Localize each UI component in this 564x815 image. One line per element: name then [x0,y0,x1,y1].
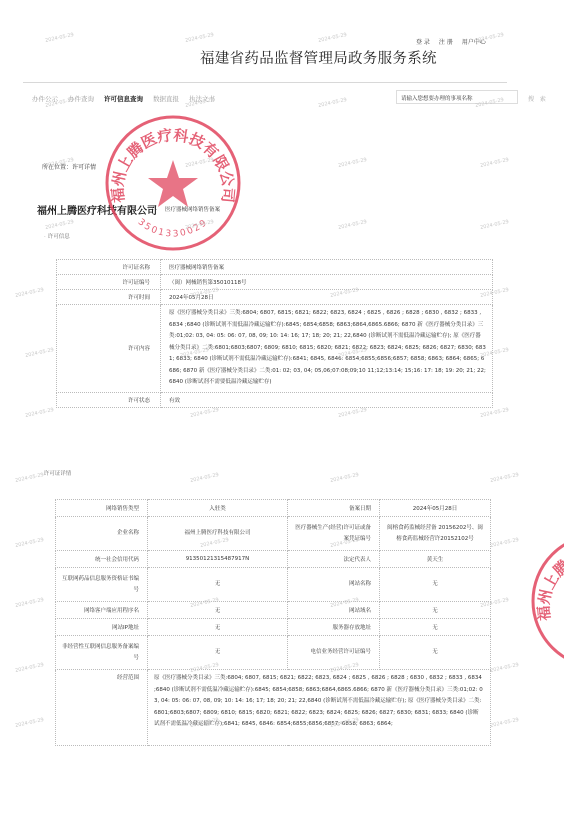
date-watermark: 2024-05-29 [15,597,45,609]
row-value: 福州上腾医疗科技有限公司 [148,517,288,551]
row-value: 无 [148,619,288,636]
row-value: 无 [380,568,491,602]
row-value: 医疗器械网络销售备案 [161,260,493,275]
date-watermark: 2024-05-29 [15,537,45,549]
site-title: 福建省药品监督管理局政务服务系统 [200,47,437,68]
breadcrumb: 所在位置：许可详情 [42,162,96,171]
nav-item-public-notice[interactable]: 办件公示 [32,94,58,103]
table-row: 许可证编号 （闽）网械销售第35010118号 [57,275,493,290]
table-row: 网络销售类型 入驻类 备案日期 2024年05月28日 [56,500,491,517]
star-icon [148,160,198,207]
table-row: 企业名称 福州上腾医疗科技有限公司 医疗器械生产(经营)许可证或备案凭证编号 闽… [56,517,491,551]
date-watermark: 2024-05-29 [318,32,348,44]
row-label: 法定代表人 [288,551,380,568]
row-label: 统一社会信用代码 [56,551,148,568]
table-row: 网络客户端应用程序名 无 网站域名 无 [56,602,491,619]
date-watermark: 2024-05-29 [45,32,75,44]
row-label: 备案日期 [288,500,380,517]
row-label: 经营范围 [56,670,148,746]
date-watermark: 2024-05-29 [338,219,368,231]
date-watermark: 2024-05-29 [490,472,520,484]
row-label: 网络销售类型 [56,500,148,517]
row-label: 许可证编号 [57,275,161,290]
row-value: （闽）网械销售第35010118号 [161,275,493,290]
svg-text:福州上腾医疗科技有限公司: 福州上腾医疗科技有限公司 [535,544,564,623]
table-row: 互联网药品信息服务资格证书编号 无 网站名称 无 [56,568,491,602]
date-watermark: 2024-05-29 [330,472,360,484]
row-value: 无 [148,636,288,670]
table-row: 许可状态 有效 [57,392,493,407]
row-value: 原《医疗器械分类目录》三类:6804; 6807, 6815; 6821; 68… [161,305,493,393]
table-row: 许可证名称 医疗器械网络销售备案 [57,260,493,275]
company-seal-stamp-partial: 福州上腾医疗科技有限公司 3501330029 [528,530,564,672]
user-center-link[interactable]: 用户中心 [462,37,486,46]
row-value: 无 [148,568,288,602]
row-value: 黄天生 [380,551,491,568]
date-watermark: 2024-05-29 [338,407,368,419]
date-watermark: 2024-05-29 [15,717,45,729]
row-label: 电信业务经营许可证编号 [288,636,380,670]
table-row: 经营范围 原《医疗器械分类目录》三类:6804; 6807, 6815; 682… [56,670,491,746]
nav-item-data-report[interactable]: 数据直报 [153,94,179,103]
date-watermark: 2024-05-29 [338,157,368,169]
row-label: 服务器存放地址 [288,619,380,636]
date-watermark: 2024-05-29 [490,537,520,549]
top-links: 登 录 注 册 用户中心 [416,37,486,46]
row-value: 无 [148,602,288,619]
row-label: 医疗器械生产(经营)许可证或备案凭证编号 [288,517,380,551]
row-label: 网站名称 [288,568,380,602]
main-nav: 办件公示 办件查询 许可信息查询 数据直报 执法文书 [32,94,225,103]
date-watermark: 2024-05-29 [480,157,510,169]
date-watermark: 2024-05-29 [490,717,520,729]
company-name: 福州上腾医疗科技有限公司 [37,202,157,217]
svg-text:3501330029: 3501330029 [136,217,211,239]
company-seal-stamp: 福州上腾医疗科技有限公司 3501330029 [102,112,244,254]
row-value: 有效 [161,392,493,407]
row-label: 许可时间 [57,290,161,305]
row-label: 网站域名 [288,602,380,619]
date-watermark: 2024-05-29 [185,157,215,169]
row-label: 网站IP地址 [56,619,148,636]
table-row: 网站IP地址 无 服务器存放地址 无 [56,619,491,636]
row-label: 许可内容 [57,305,161,393]
section-license-info: 许可信息 [44,232,70,240]
svg-text:福州上腾医疗科技有限公司: 福州上腾医疗科技有限公司 [109,126,238,205]
row-value: 原《医疗器械分类目录》三类:6804; 6807, 6815; 6821; 68… [148,670,491,746]
table-row: 非经营性互联网信息服务备案编号 无 电信业务经营许可证编号 无 [56,636,491,670]
separator: - [155,207,157,213]
register-link[interactable]: 注 册 [439,37,453,46]
row-label: 网络客户端应用程序名 [56,602,148,619]
row-label: 互联网药品信息服务资格证书编号 [56,568,148,602]
row-value: 闽榕食药监械经营备 20156202号、闽榕食药监械经营许20152102号 [380,517,491,551]
row-label: 非经营性互联网信息服务备案编号 [56,636,148,670]
date-watermark: 2024-05-29 [190,407,220,419]
nav-item-case-query[interactable]: 办件查询 [68,94,94,103]
row-value: 91350121315487917N [148,551,288,568]
table-row: 许可内容 原《医疗器械分类目录》三类:6804; 6807, 6815; 682… [57,305,493,393]
search-input[interactable]: 请输入您想要办理的事项名称 [396,90,518,104]
row-label: 许可状态 [57,392,161,407]
table-row: 统一社会信用代码 91350121315487917N 法定代表人 黄天生 [56,551,491,568]
date-watermark: 2024-05-29 [480,219,510,231]
nav-item-enforcement-docs[interactable]: 执法文书 [189,94,215,103]
login-link[interactable]: 登 录 [416,37,430,46]
row-label: 许可证名称 [57,260,161,275]
nav-item-license-query[interactable]: 许可信息查询 [104,94,143,103]
date-watermark: 2024-05-29 [490,662,520,674]
row-value: 无 [380,619,491,636]
header-divider [23,82,507,83]
date-watermark: 2024-05-29 [480,407,510,419]
row-value: 2024年05月28日 [380,500,491,517]
license-info-table: 许可证名称 医疗器械网络销售备案 许可证编号 （闽）网械销售第35010118号… [56,259,493,408]
row-value: 无 [380,636,491,670]
date-watermark: 2024-05-29 [15,287,45,299]
date-watermark: 2024-05-29 [45,219,75,231]
row-value: 2024年05月28日 [161,290,493,305]
section-license-detail: 许可证详情 [40,469,71,477]
date-watermark: 2024-05-29 [15,662,45,674]
date-watermark: 2024-05-29 [190,472,220,484]
table-row: 许可时间 2024年05月28日 [57,290,493,305]
license-type: 医疗器械网络销售备案 [165,207,220,213]
row-value: 无 [380,602,491,619]
company-subtitle: -医疗器械网络销售备案 [155,205,220,213]
date-watermark: 2024-05-29 [185,219,215,231]
date-watermark: 2024-05-29 [25,407,55,419]
date-watermark: 2024-05-29 [318,97,348,109]
row-label: 企业名称 [56,517,148,551]
license-detail-table: 网络销售类型 入驻类 备案日期 2024年05月28日 企业名称 福州上腾医疗科… [55,499,491,746]
row-value: 入驻类 [148,500,288,517]
search-button[interactable]: 搜 索 [528,94,548,103]
date-watermark: 2024-05-29 [25,347,55,359]
date-watermark: 2024-05-29 [185,32,215,44]
